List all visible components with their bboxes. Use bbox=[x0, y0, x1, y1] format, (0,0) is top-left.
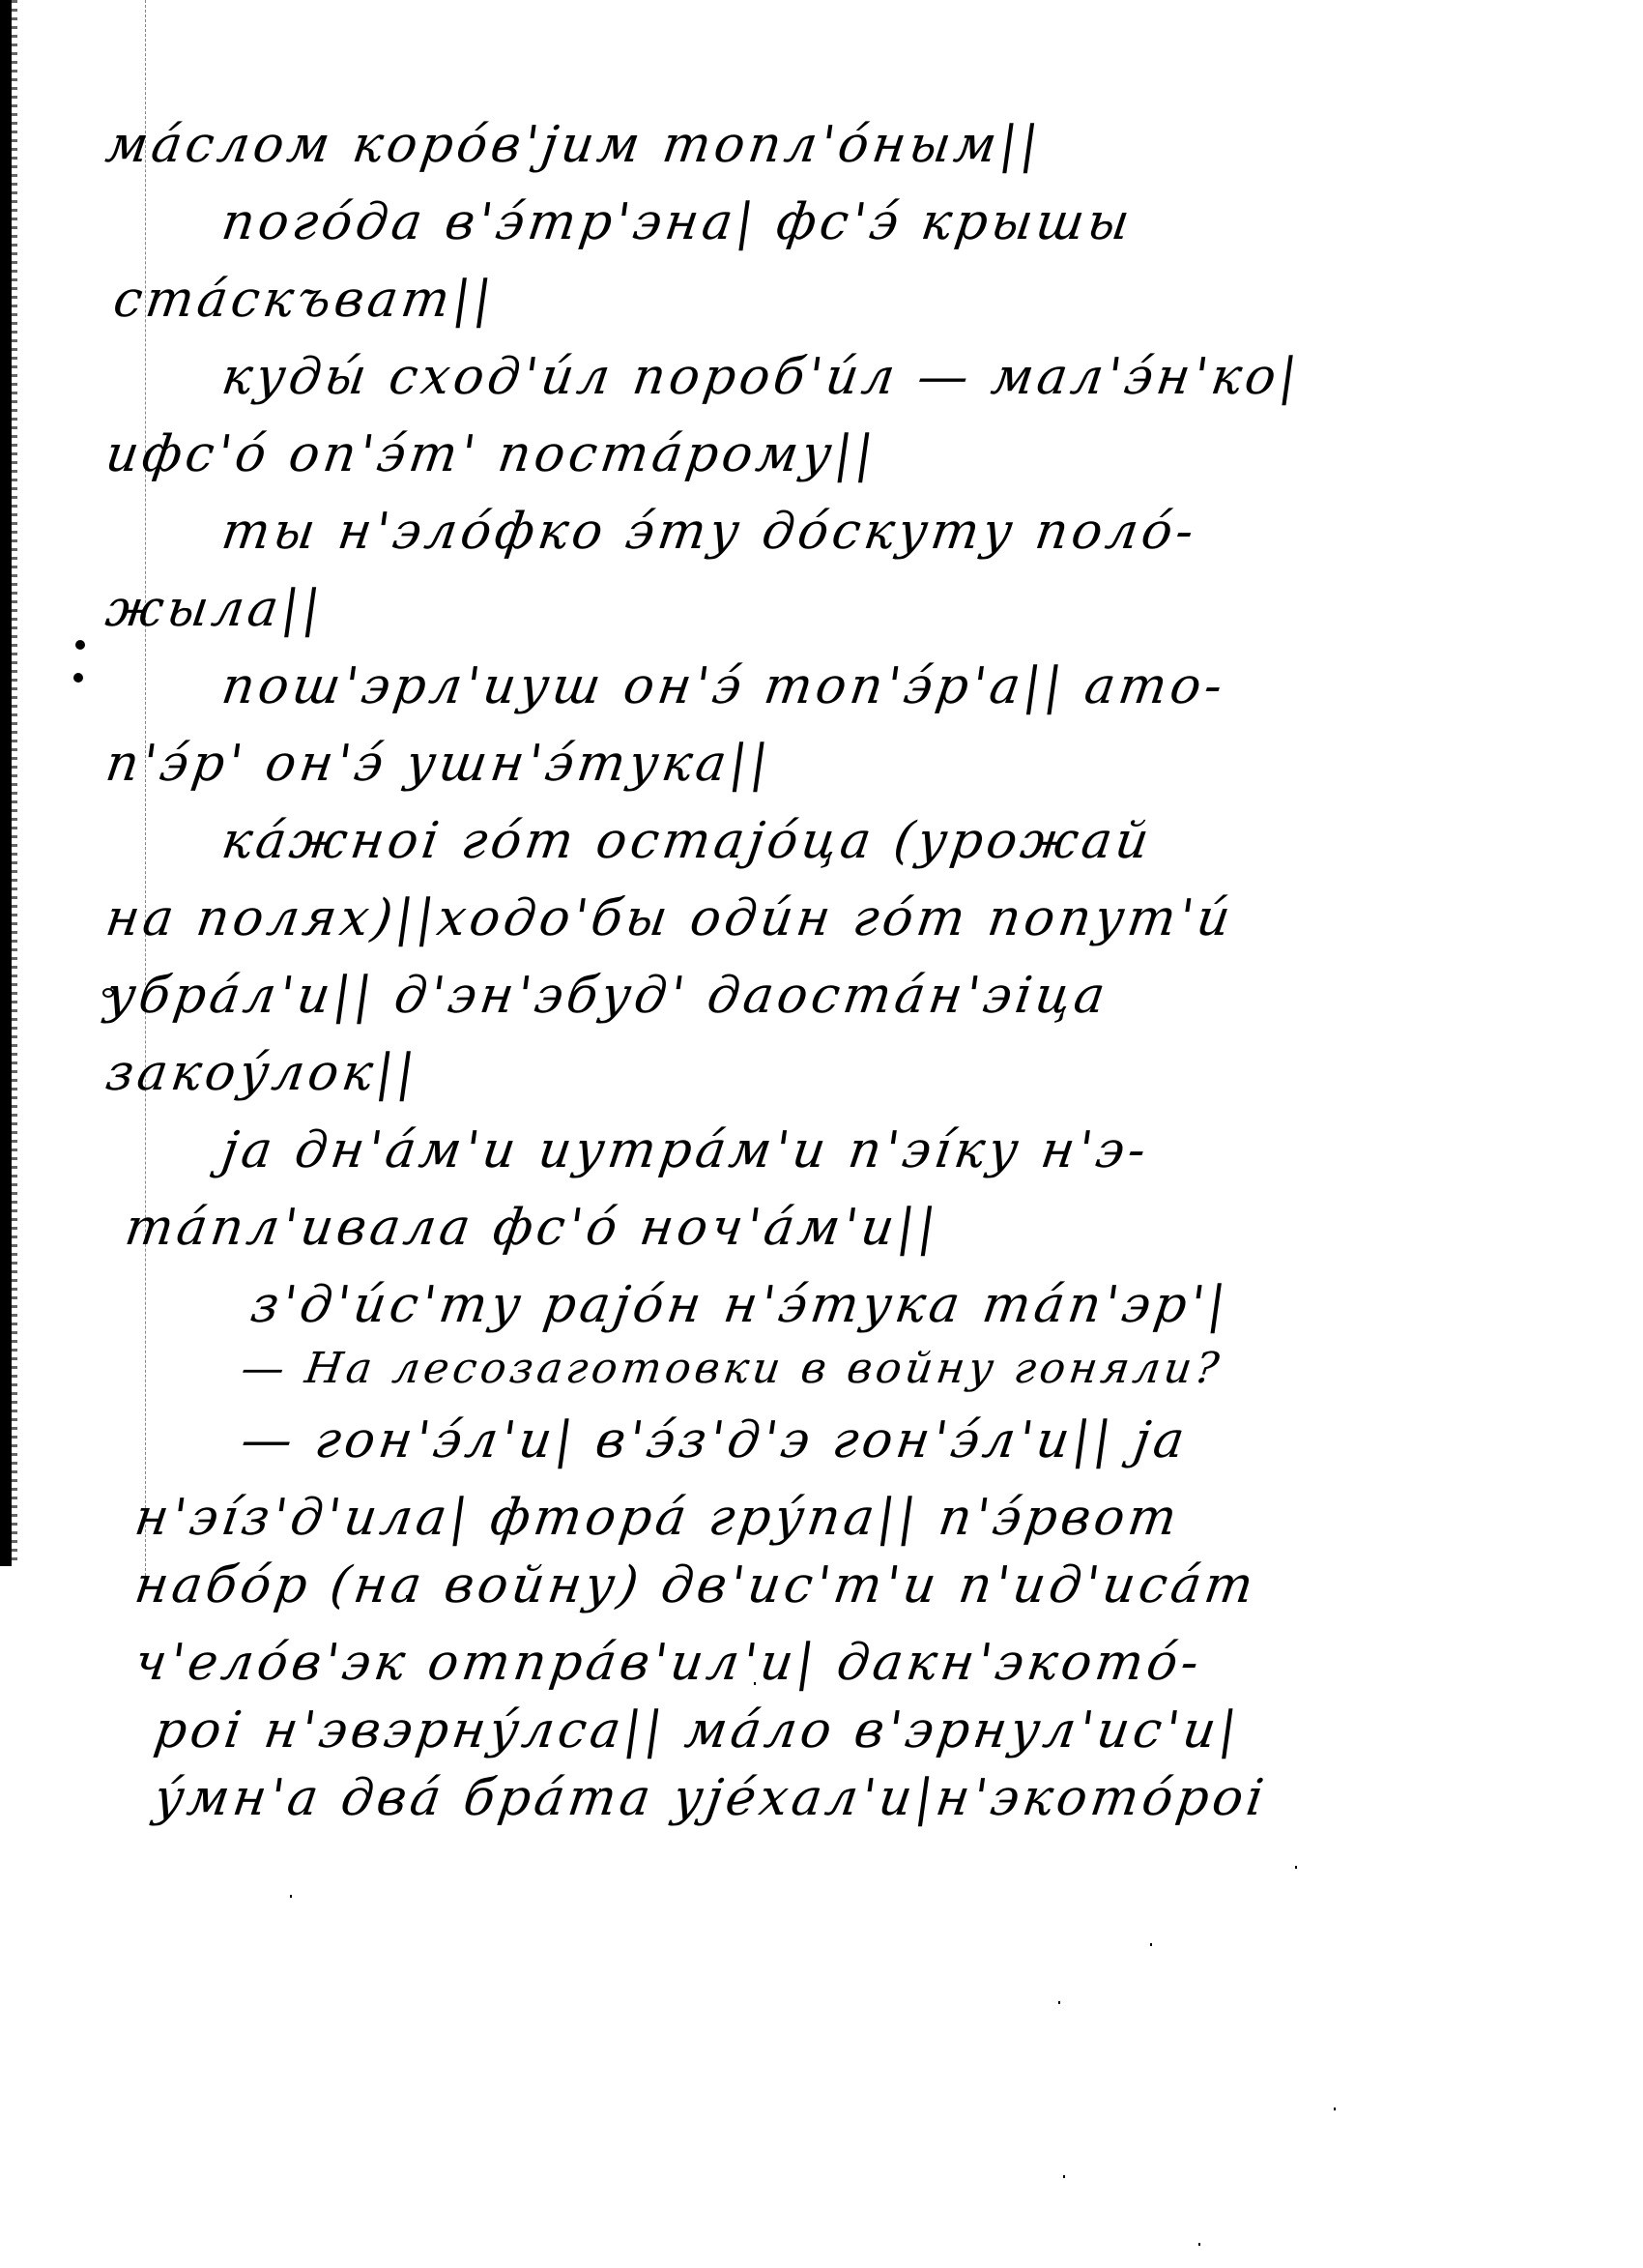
scan-speck bbox=[1198, 2243, 1200, 2246]
scan-speck bbox=[1150, 1943, 1152, 1946]
text-line: убра́л'и|| д'эн'эбуд' даоста́н'эіца bbox=[102, 967, 1112, 1025]
text-line: куды́ сход'и́л пороб'и́л — мал'э́н'ко| bbox=[218, 348, 1305, 406]
text-line: ма́слом коро́в'јим топл'о́ным|| bbox=[102, 116, 1046, 174]
scan-speck bbox=[976, 1740, 978, 1743]
text-line: жыла|| bbox=[102, 580, 328, 638]
scan-speck bbox=[290, 1895, 292, 1898]
margin-dot bbox=[73, 673, 83, 683]
text-line: з'д'и́с'ту раjо́н н'э́тука та́п'эр'| bbox=[247, 1276, 1233, 1334]
text-line: набо́р (на войну) дв'ис'т'и п'ид'иса́т bbox=[131, 1556, 1260, 1614]
scan-speck bbox=[1334, 2108, 1336, 2110]
interviewer-question: — На лесозаготовки в войну гоняли? bbox=[238, 1344, 1225, 1393]
text-line: пого́да в'э́тр'эна| фс'э́ крышы bbox=[218, 193, 1137, 251]
margin-rule bbox=[145, 0, 146, 1585]
text-line: н'эі́з'д'ила| фтора́ гру́па|| п'э́рвот bbox=[131, 1489, 1184, 1547]
text-line: закоу́лок|| bbox=[102, 1044, 422, 1102]
text-line: ч'ело́в'эк отпра́в'ил'и| дакн'экото́- bbox=[131, 1634, 1206, 1692]
scan-speck bbox=[1063, 2175, 1065, 2178]
text-line: ифс'о́ оп'э́т' поста́рому|| bbox=[102, 425, 880, 483]
scan-speck bbox=[754, 1682, 756, 1685]
text-line: ста́скъват|| bbox=[110, 271, 499, 329]
scan-speck bbox=[1295, 1866, 1297, 1869]
text-line: та́пл'ивала фс'о́ ноч'а́м'и|| bbox=[122, 1199, 943, 1257]
scan-speck bbox=[406, 1595, 408, 1598]
scan-speck bbox=[1058, 2001, 1060, 2004]
text-line: ка́жноі го́т остаjо́ца (урожай bbox=[218, 812, 1156, 870]
text-line: п'э́р' он'э́ ушн'э́тука|| bbox=[102, 735, 776, 793]
text-line: ja дн'а́м'и иутра́м'и п'эі́ку н'э- bbox=[218, 1121, 1153, 1179]
margin-dot bbox=[75, 640, 85, 650]
text-line: — гон'э́л'и| в'э́з'д'э гон'э́л'и|| ja bbox=[238, 1411, 1192, 1469]
text-line: на полях)||ходо'бы оди́н го́т попут'и́ bbox=[102, 889, 1238, 947]
text-line: у́мн'а два́ бра́та уjе́хал'и|н'экото́роі bbox=[151, 1769, 1271, 1827]
text-line: роі н'эвэрну́лса|| ма́ло в'эрнул'ис'и| bbox=[151, 1701, 1245, 1759]
text-line: пош'эрл'иуш он'э́ топ'э́р'а|| ато- bbox=[218, 657, 1229, 715]
scanned-page: ма́слом коро́в'јим топл'о́ным|| пого́да … bbox=[0, 0, 1643, 2268]
scan-speck bbox=[599, 1788, 601, 1791]
text-line: ты н'эло́фко э́ту до́скуту поло́- bbox=[218, 503, 1201, 561]
scan-binding-edge bbox=[0, 0, 12, 1566]
